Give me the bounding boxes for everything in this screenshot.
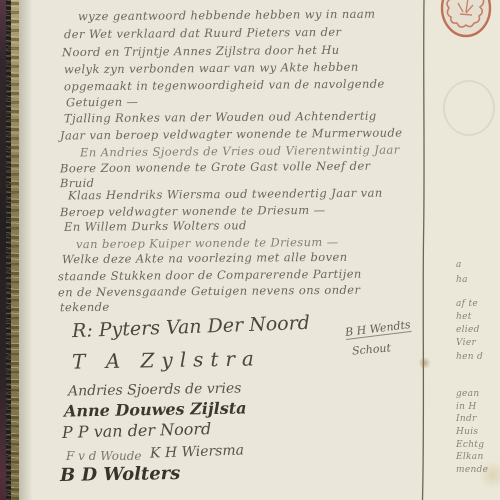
signature-vanderwoude: F v d Woude bbox=[66, 449, 142, 463]
signature-official: B H Wendts bbox=[344, 318, 411, 340]
body-line: Tjalling Ronkes van der Wouden oud Achte… bbox=[64, 111, 377, 125]
margin-fragment: mende bbox=[456, 465, 500, 475]
body-line: Boere Zoon wonende te Grote Gast volle N… bbox=[60, 161, 371, 175]
margin-fragment: het bbox=[456, 312, 500, 322]
page-fold-line bbox=[419, 0, 429, 500]
margin-fragment: Huis bbox=[456, 427, 500, 437]
signature-witness-devries: Andries Sjoerds de vries bbox=[68, 380, 242, 399]
margin-fragment: gean bbox=[456, 389, 500, 399]
binding-outer-edge bbox=[0, 0, 6, 500]
signature-groom: R: Pyters Van Der Noord bbox=[72, 312, 311, 342]
body-line: en de Nevensgaande Getuigen nevens ons o… bbox=[58, 285, 360, 299]
document-scan: wyze geantwoord hebbende hebben wy in na… bbox=[0, 0, 500, 500]
body-line: wyze geantwoord hebbende hebben wy in na… bbox=[78, 9, 376, 23]
margin-fragment: ha bbox=[456, 275, 500, 285]
body-line: opgemaakt in tegenwoordigheid van de nav… bbox=[64, 79, 385, 93]
official-title: Schout bbox=[352, 341, 392, 357]
margin-fragment: elied bbox=[456, 325, 500, 335]
margin-fragment: af te bbox=[456, 299, 500, 309]
adjacent-page-edge bbox=[424, 0, 500, 500]
body-line: Noord en Trijntje Annes Zijlstra door he… bbox=[62, 45, 340, 59]
margin-fragment: Indr bbox=[456, 414, 500, 424]
stain-spot bbox=[418, 357, 431, 369]
margin-fragment: a bbox=[456, 260, 500, 270]
body-line: Klaas Hendriks Wiersma oud tweendertig J… bbox=[68, 188, 383, 202]
body-line: van beroep Kuiper wonende te Driesum — bbox=[76, 237, 339, 251]
margin-fragment: hen d bbox=[456, 352, 500, 362]
body-line: Beroep veldwagter wonende te Driesum — bbox=[60, 205, 326, 219]
signature-wolters: B D Wolters bbox=[60, 463, 181, 486]
margin-fragment: Echtg bbox=[456, 440, 500, 450]
body-line: Jaar van beroep veldwagter wonende te Mu… bbox=[60, 128, 402, 142]
signature-wiersma: K H Wiersma bbox=[150, 442, 244, 461]
margin-fragment: in H bbox=[456, 402, 500, 412]
margin-fragment: Vier bbox=[456, 338, 500, 348]
body-line: staande Stukken door de Comparerende Par… bbox=[58, 269, 362, 283]
body-line: En Willem Durks Wolters oud bbox=[64, 220, 247, 233]
body-line: Getuigen — bbox=[66, 97, 139, 109]
watermark-circle bbox=[443, 80, 495, 136]
signature-vandernoord: P P van der Noord bbox=[62, 419, 212, 442]
body-line: der Wet verklaard dat Ruurd Pieters van … bbox=[64, 27, 342, 41]
body-line: tekende bbox=[60, 302, 110, 314]
body-line: Welke deze Akte na voorlezing met alle b… bbox=[62, 252, 348, 266]
body-line: En Andries Sjoerds de Vries oud Vierentw… bbox=[80, 145, 400, 159]
binding-shadow bbox=[19, 0, 33, 500]
margin-fragment: Elkan bbox=[456, 452, 500, 462]
red-ink-seal-icon bbox=[438, 0, 494, 38]
signature-bride: T A Zylstra bbox=[72, 346, 261, 373]
body-line: welyk zyn verbonden waar van wy Akte heb… bbox=[64, 62, 359, 76]
binding-tan-edge bbox=[10, 0, 19, 500]
signature-zijlstra: Anne Douwes Zijlsta bbox=[64, 398, 247, 420]
